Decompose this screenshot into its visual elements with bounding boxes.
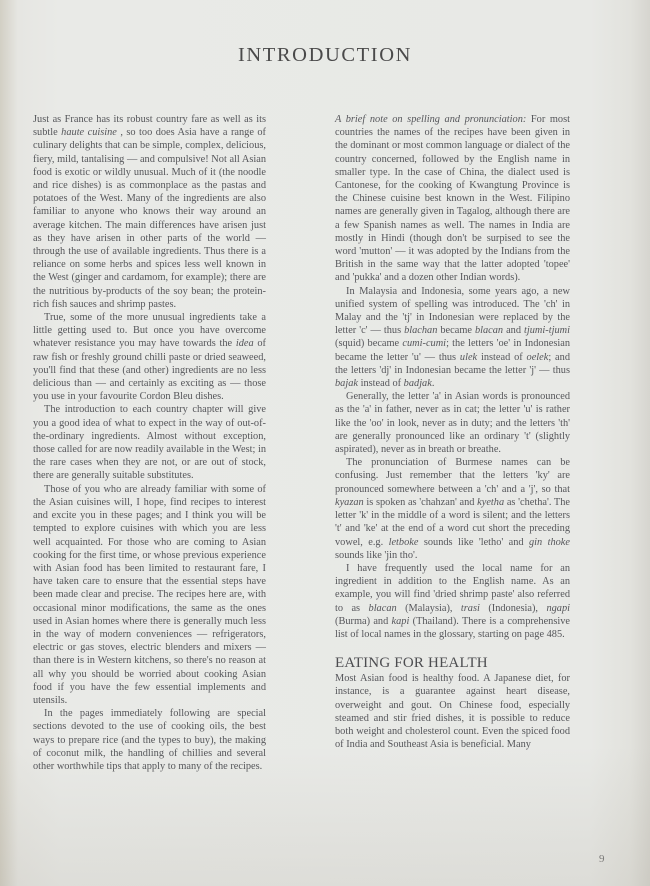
intro-paragraph-4: Those of you who are already familiar wi… [33,483,266,707]
text-run: instead of [358,378,404,389]
italic-term: tjumi-tjumi [524,325,570,336]
italic-lead-in: A brief note on spelling and pronunciati… [335,114,526,125]
italic-term: cumi-cumi [402,338,446,349]
page-number: 9 [599,853,605,865]
italic-term: blacan [475,325,503,336]
pronunciation-paragraph: Generally, the letter 'a' in Asian words… [335,390,570,456]
text-run: instead of [477,352,526,363]
text-run: (Indonesia), [480,603,547,614]
malaysia-indonesia-paragraph: In Malaysia and Indonesia, some years ag… [335,285,570,391]
text-run: sounds like 'jin tho'. [335,550,417,561]
text-run: is spoken as 'chahzan' and [364,497,477,508]
left-column: Just as France has its robust country fa… [33,113,266,773]
text-run: , so too does Asia have a range of culin… [33,127,266,310]
health-paragraph: Most Asian food is healthy food. A Japan… [335,672,570,751]
page-title: INTRODUCTION [0,44,650,67]
intro-paragraph-5: In the pages immediately following are s… [33,707,266,773]
italic-term: bajak [335,378,358,389]
italic-term: idea [236,338,254,349]
italic-term: oelek [527,352,549,363]
intro-paragraph-1: Just as France has its robust country fa… [33,113,266,311]
text-run: and [503,325,524,336]
italic-term: blacan [369,603,397,614]
italic-term: blachan [404,325,437,336]
text-run: became [437,325,475,336]
text-run: . [432,378,435,389]
text-run: The pronunciation of Burmese names can b… [335,457,570,494]
italic-term: haute cuisine [61,127,117,138]
text-run: (squid) became [335,338,402,349]
text-run: True, some of the more unusual ingredien… [33,312,266,349]
italic-term: letboke [389,537,419,548]
italic-term: trasi [461,603,480,614]
italic-term: ulek [460,352,477,363]
right-column: A brief note on spelling and pronunciati… [335,113,570,751]
spelling-note-paragraph: A brief note on spelling and pronunciati… [335,113,570,285]
text-run: sounds like 'letho' and [418,537,529,548]
burmese-paragraph: The pronunciation of Burmese names can b… [335,456,570,562]
text-run: (Burma) and [335,616,392,627]
italic-term: ngapi [546,603,570,614]
section-heading-eating-for-health: EATING FOR HEALTH [335,655,570,672]
italic-term: badjak [404,378,432,389]
italic-term: kyetha [477,497,504,508]
local-names-paragraph: I have frequently used the local name fo… [335,562,570,641]
text-run: (Malaysia), [397,603,461,614]
italic-term: kyazan [335,497,364,508]
intro-paragraph-3: The introduction to each country chapter… [33,403,266,482]
italic-term: gin thoke [529,537,570,548]
intro-paragraph-2: True, some of the more unusual ingredien… [33,311,266,403]
text-run: For most countries the names of the reci… [335,114,570,283]
book-page: INTRODUCTION Just as France has its robu… [0,0,650,886]
italic-term: kapi [392,616,410,627]
